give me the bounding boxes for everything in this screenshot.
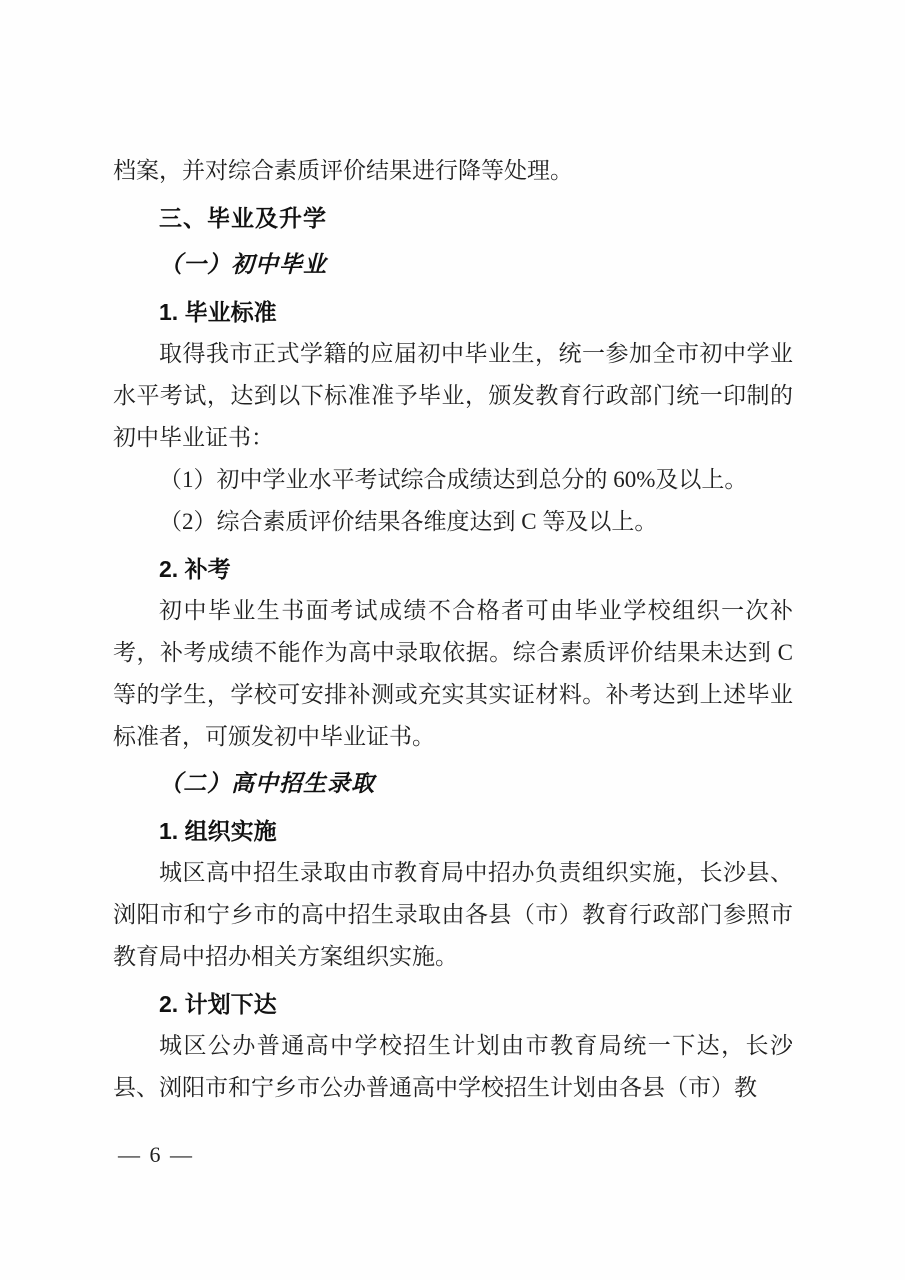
sub-heading-1: （一）初中毕业 [113,244,793,286]
list-item-2: （2）综合素质评价结果各维度达到 C 等及以上。 [113,501,793,543]
section-heading-3: 三、毕业及升学 [113,197,793,239]
paragraph-makeup-exam: 初中毕业生书面考试成绩不合格者可由毕业学校组织一次补考，补考成绩不能作为高中录取… [113,590,793,758]
document-page: 档案，并对综合素质评价结果进行降等处理。 三、毕业及升学 （一）初中毕业 1. … [0,0,905,1280]
paragraph-organization: 城区高中招生录取由市教育局中招办负责组织实施，长沙县、浏阳市和宁乡市的高中招生录… [113,852,793,978]
numbered-heading-1-2: 2. 补考 [113,548,793,590]
paragraph-plan-issuance: 城区公办普通高中学校招生计划由市教育局统一下达，长沙县、浏阳市和宁乡市公办普通高… [113,1025,793,1109]
numbered-heading-2-2: 2. 计划下达 [113,983,793,1025]
paragraph-graduation-standard: 取得我市正式学籍的应届初中毕业生，统一参加全市初中学业水平考试，达到以下标准准予… [113,333,793,459]
page-number: — 6 — [118,1140,194,1170]
list-item-1: （1）初中学业水平考试综合成绩达到总分的 60%及以上。 [113,459,793,501]
sub-heading-2: （二）高中招生录取 [113,763,793,805]
document-body: 档案，并对综合素质评价结果进行降等处理。 三、毕业及升学 （一）初中毕业 1. … [113,150,793,1109]
numbered-heading-2-1: 1. 组织实施 [113,810,793,852]
numbered-heading-1-1: 1. 毕业标准 [113,291,793,333]
paragraph-continued: 档案，并对综合素质评价结果进行降等处理。 [113,150,793,192]
